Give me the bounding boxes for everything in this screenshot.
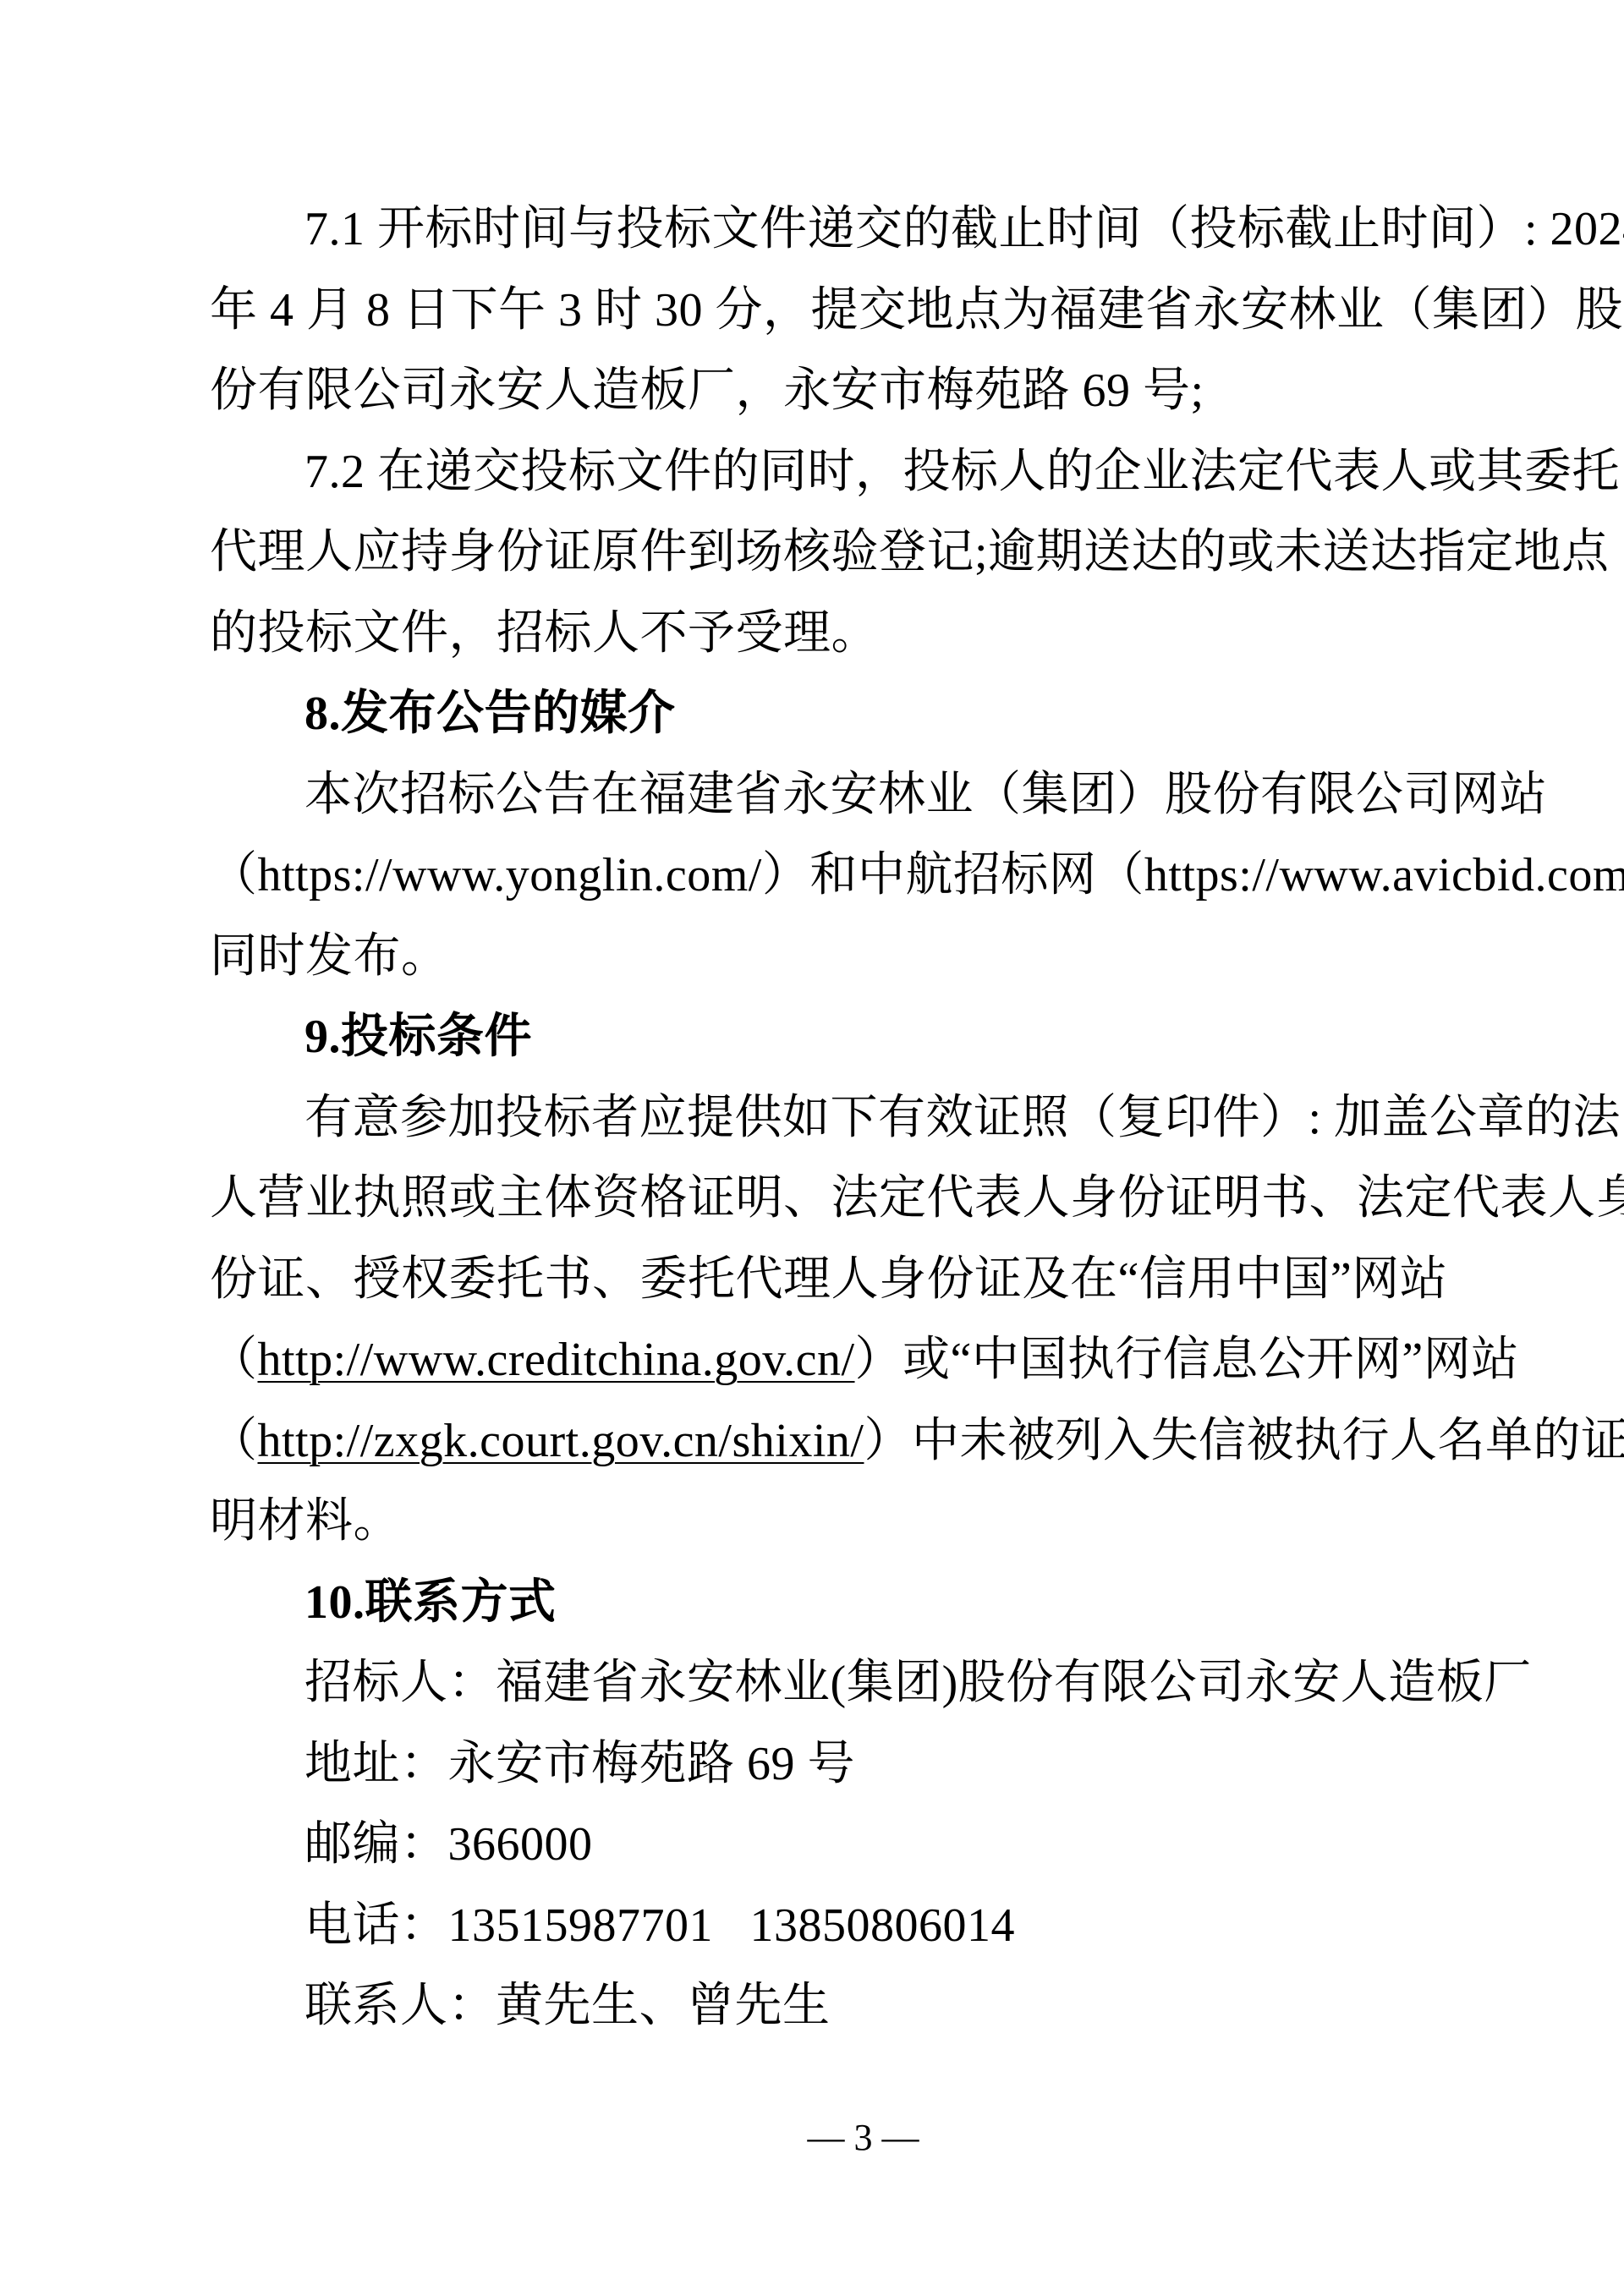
text-segment: 的投标文件，招标人不予受理。 [210, 607, 879, 660]
text-segment: 9.投标条件 [304, 1011, 532, 1063]
document-line: 联系人：黄先生、曾先生 [210, 1966, 1517, 2047]
document-page: 7.1 开标时间与投标文件递交的截止时间（投标截止时间）: 2024年 4 月 … [0, 0, 1624, 2296]
text-segment: 明材料。 [210, 1495, 401, 1548]
document-line: 有意参加投标者应提供如下有效证照（复印件）: 加盖公章的法 [210, 1078, 1517, 1159]
text-segment: 地址：永安市梅苑路 69 号 [304, 1738, 855, 1790]
text-segment: 份有限公司永安人造板厂，永安市梅苑路 69 号; [210, 364, 1204, 417]
text-segment: 10.联系方式 [304, 1576, 557, 1629]
text-segment: 人营业执照或主体资格证明、法定代表人身份证明书、法定代表人身 [210, 1172, 1624, 1225]
document-body: 7.1 开标时间与投标文件递交的截止时间（投标截止时间）: 2024年 4 月 … [210, 189, 1517, 2047]
document-line: 代理人应持身份证原件到场核验登记;逾期送达的或未送达指定地点 [210, 512, 1517, 594]
document-line: 7.2 在递交投标文件的同时，投标人的企业法定代表人或其委托 [210, 432, 1517, 513]
document-line: （https://www.yonglin.com/）和中航招标网（https:/… [210, 836, 1517, 917]
section-heading: 10.联系方式 [210, 1563, 1517, 1644]
hyperlink-url: http://zxgk.court.gov.cn/shixin/ [258, 1415, 864, 1467]
section-heading: 9.投标条件 [210, 997, 1517, 1078]
text-segment: 招标人：福建省永安林业(集团)股份有限公司永安人造板厂 [304, 1657, 1532, 1709]
document-line: 本次招标公告在福建省永安林业（集团）股份有限公司网站 [210, 755, 1517, 836]
document-line: 电话：13515987701 13850806014 [210, 1886, 1517, 1967]
text-segment: 代理人应持身份证原件到场核验登记;逾期送达的或未送达指定地点 [210, 526, 1610, 578]
text-segment: 8.发布公告的媒介 [304, 688, 676, 740]
document-line: 招标人：福建省永安林业(集团)股份有限公司永安人造板厂 [210, 1643, 1517, 1724]
document-line: （http://www.creditchina.gov.cn/）或“中国执行信息… [210, 1320, 1517, 1401]
document-line: 地址：永安市梅苑路 69 号 [210, 1724, 1517, 1806]
hyperlink-url: http://www.creditchina.gov.cn/ [258, 1334, 855, 1386]
text-segment: ）或“中国执行信息公开网”网站 [855, 1334, 1519, 1386]
document-line: 年 4 月 8 日下午 3 时 30 分，提交地点为福建省永安林业（集团）股 [210, 271, 1517, 352]
text-segment: 本次招标公告在福建省永安林业（集团）股份有限公司网站 [304, 769, 1547, 821]
text-segment: （ [210, 1334, 258, 1386]
page-number: — 3 — [210, 2112, 1517, 2163]
text-segment: （ [210, 1415, 258, 1467]
text-segment: ）中未被列入失信被执行人名单的证 [864, 1415, 1624, 1467]
document-line: 份证、授权委托书、委托代理人身份证及在“信用中国”网站 [210, 1240, 1517, 1321]
text-segment: 7.1 开标时间与投标文件递交的截止时间（投标截止时间）: 2024 [304, 203, 1624, 255]
text-segment: 同时发布。 [210, 930, 449, 983]
section-heading: 8.发布公告的媒介 [210, 674, 1517, 755]
text-segment: 邮编：366000 [304, 1818, 593, 1871]
document-line: 同时发布。 [210, 917, 1517, 998]
text-segment: （https://www.yonglin.com/）和中航招标网（https:/… [210, 849, 1624, 901]
text-segment: 电话：13515987701 13850806014 [304, 1899, 1015, 1952]
document-line: 邮编：366000 [210, 1805, 1517, 1886]
document-line: 7.1 开标时间与投标文件递交的截止时间（投标截止时间）: 2024 [210, 189, 1517, 271]
document-line: 明材料。 [210, 1482, 1517, 1563]
text-segment: 份证、授权委托书、委托代理人身份证及在“信用中国”网站 [210, 1253, 1447, 1306]
text-segment: 有意参加投标者应提供如下有效证照（复印件）: 加盖公章的法 [304, 1092, 1621, 1144]
text-segment: 年 4 月 8 日下午 3 时 30 分，提交地点为福建省永安林业（集团）股 [210, 284, 1623, 337]
document-line: 人营业执照或主体资格证明、法定代表人身份证明书、法定代表人身 [210, 1159, 1517, 1240]
document-line: （http://zxgk.court.gov.cn/shixin/）中未被列入失… [210, 1401, 1517, 1482]
document-line: 份有限公司永安人造板厂，永安市梅苑路 69 号; [210, 351, 1517, 432]
text-segment: 联系人：黄先生、曾先生 [304, 1980, 831, 2032]
document-line: 的投标文件，招标人不予受理。 [210, 594, 1517, 675]
text-segment: 7.2 在递交投标文件的同时，投标人的企业法定代表人或其委托 [304, 446, 1620, 498]
